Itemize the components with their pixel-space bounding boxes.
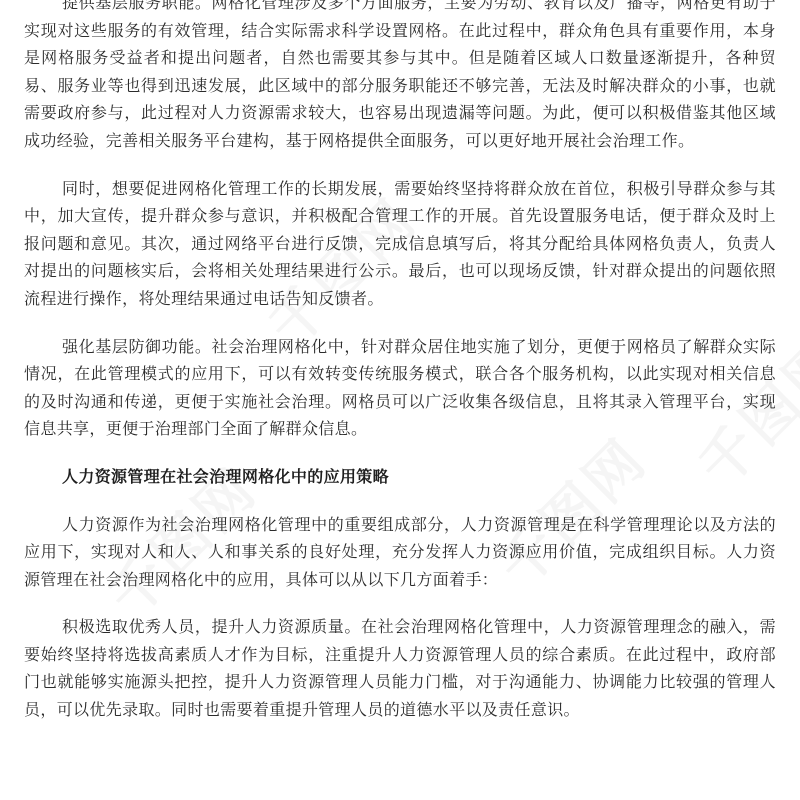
section-heading: 人力资源管理在社会治理网格化中的应用策略 <box>24 463 776 491</box>
document-body: 提供基层服务职能。网格化管理涉及多个方面服务，主要为劳动、教育以及广播等，网格更… <box>24 0 776 744</box>
paragraph-select-talent: 积极选取优秀人员，提升人力资源质量。在社会治理网格化管理中，人力资源管理理念的融… <box>24 613 776 723</box>
paragraph-grassroots-defense: 强化基层防御功能。社会治理网格化中，针对群众居住地实施了划分，更便于网格员了解群… <box>24 333 776 443</box>
paragraph-hr-overview: 人力资源作为社会治理网格化管理中的重要组成部分，人力资源管理是在科学管理理论以及… <box>24 511 776 594</box>
paragraph-service-functions: 提供基层服务职能。网格化管理涉及多个方面服务，主要为劳动、教育以及广播等，网格更… <box>24 0 776 155</box>
paragraph-public-participation: 同时，想要促进网格化管理工作的长期发展，需要始终坚持将群众放在首位，积极引导群众… <box>24 175 776 313</box>
